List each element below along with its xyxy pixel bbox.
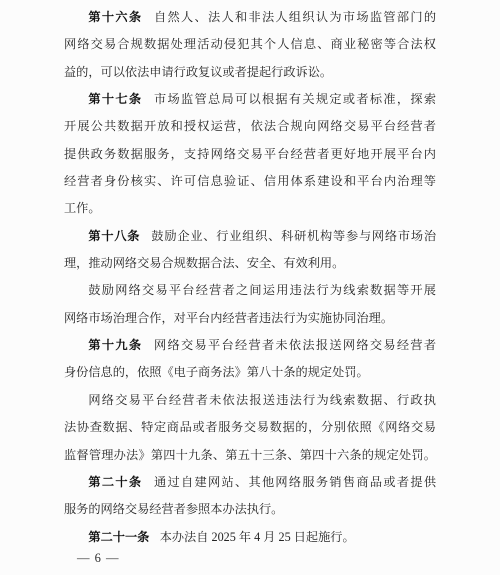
line-text: 理，推动网络交易合规数据合法、安全、有效利用。: [64, 256, 344, 270]
article-number: 第十八条: [88, 229, 140, 243]
document-page: 第十六条自然人、法人和非法人组织认为市场监管部门的 网络交易合规数据处理活动侵犯…: [0, 0, 500, 575]
line-text: 益的，可以依法申请行政复议或者提起行政诉讼。: [64, 65, 332, 79]
doc-line: 第二十条通过自建网站、其他网络服务销售商品或者提供: [64, 469, 436, 496]
line-text: 自然人、法人和非法人组织认为市场监管部门的: [153, 10, 436, 24]
article-number: 第十七条: [88, 92, 142, 106]
doc-line: 监督管理办法》第四十九条、第五十三条、第四十六条的规定处罚。: [64, 442, 436, 469]
line-text: 开展公共数据开放和授权运营，依法合规向网络交易平台经营者: [64, 119, 436, 133]
doc-line: 经营者身份核实、许可信息验证、信用体系建设和平台内治理等: [64, 168, 436, 195]
article-number: 第十九条: [88, 338, 142, 352]
doc-line: 网络交易平台经营者未依法报送违法行为线索数据、行政执: [64, 387, 436, 414]
doc-line: 第十九条网络交易平台经营者未依法报送网络交易经营者: [64, 332, 436, 359]
article-number: 第十六条: [88, 10, 142, 24]
doc-line: 身份信息的，依照《电子商务法》第八十条的规定处罚。: [64, 359, 436, 386]
line-text: 经营者身份核实、许可信息验证、信用体系建设和平台内治理等: [64, 174, 436, 188]
doc-line: 网络市场治理合作，对平台内经营者违法行为实施协同治理。: [64, 305, 436, 332]
line-text: 服务的网络交易经营者参照本办法执行。: [64, 502, 283, 516]
doc-line: 服务的网络交易经营者参照本办法执行。: [64, 496, 436, 523]
line-text: 网络交易合规数据处理活动侵犯其个人信息、商业秘密等合法权: [64, 37, 436, 51]
page-number: — 6 —: [77, 551, 120, 566]
line-text: 本办法自 2025 年 4 月 25 日起施行。: [160, 530, 355, 544]
article-number: 第二十一条: [88, 530, 149, 544]
doc-line: 鼓励网络交易平台经营者之间运用违法行为线索数据等开展: [64, 277, 436, 304]
line-text: 市场监管总局可以根据有关规定或者标准，探索: [153, 92, 436, 106]
doc-line: 法协查数据、特定商品或者服务交易数据的，分别依照《网络交易: [64, 414, 436, 441]
line-text: 监督管理办法》第四十九条、第五十三条、第四十六条的规定处罚。: [64, 448, 436, 462]
doc-line: 第二十一条本办法自 2025 年 4 月 25 日起施行。: [64, 524, 436, 551]
line-text: 法协查数据、特定商品或者服务交易数据的，分别依照《网络交易: [64, 420, 436, 434]
line-text: 网络市场治理合作，对平台内经营者违法行为实施协同治理。: [64, 311, 393, 325]
article-number: 第二十条: [88, 475, 142, 489]
doc-line: 第十七条市场监管总局可以根据有关规定或者标准，探索: [64, 86, 436, 113]
line-text: 身份信息的，依照《电子商务法》第八十条的规定处罚。: [64, 365, 369, 379]
line-text: 网络交易平台经营者未依法报送违法行为线索数据、行政执: [88, 393, 436, 407]
line-text: 工作。: [64, 201, 101, 215]
doc-line: 理，推动网络交易合规数据合法、安全、有效利用。: [64, 250, 436, 277]
doc-line: 网络交易合规数据处理活动侵犯其个人信息、商业秘密等合法权: [64, 31, 436, 58]
line-text: 网络交易平台经营者未依法报送网络交易经营者: [153, 338, 436, 352]
doc-line: 开展公共数据开放和授权运营，依法合规向网络交易平台经营者: [64, 113, 436, 140]
line-text: 鼓励企业、行业组织、科研机构等参与网络市场治: [151, 229, 436, 243]
doc-line: 第十六条自然人、法人和非法人组织认为市场监管部门的: [64, 4, 436, 31]
doc-line: 提供政务数据服务，支持网络交易平台经营者更好地开展平台内: [64, 141, 436, 168]
line-text: 鼓励网络交易平台经营者之间运用违法行为线索数据等开展: [88, 283, 436, 297]
line-text: 提供政务数据服务，支持网络交易平台经营者更好地开展平台内: [64, 147, 436, 161]
doc-line: 第十八条鼓励企业、行业组织、科研机构等参与网络市场治: [64, 223, 436, 250]
line-text: 通过自建网站、其他网络服务销售商品或者提供: [153, 475, 436, 489]
doc-line: 益的，可以依法申请行政复议或者提起行政诉讼。: [64, 59, 436, 86]
doc-line: 工作。: [64, 195, 436, 222]
